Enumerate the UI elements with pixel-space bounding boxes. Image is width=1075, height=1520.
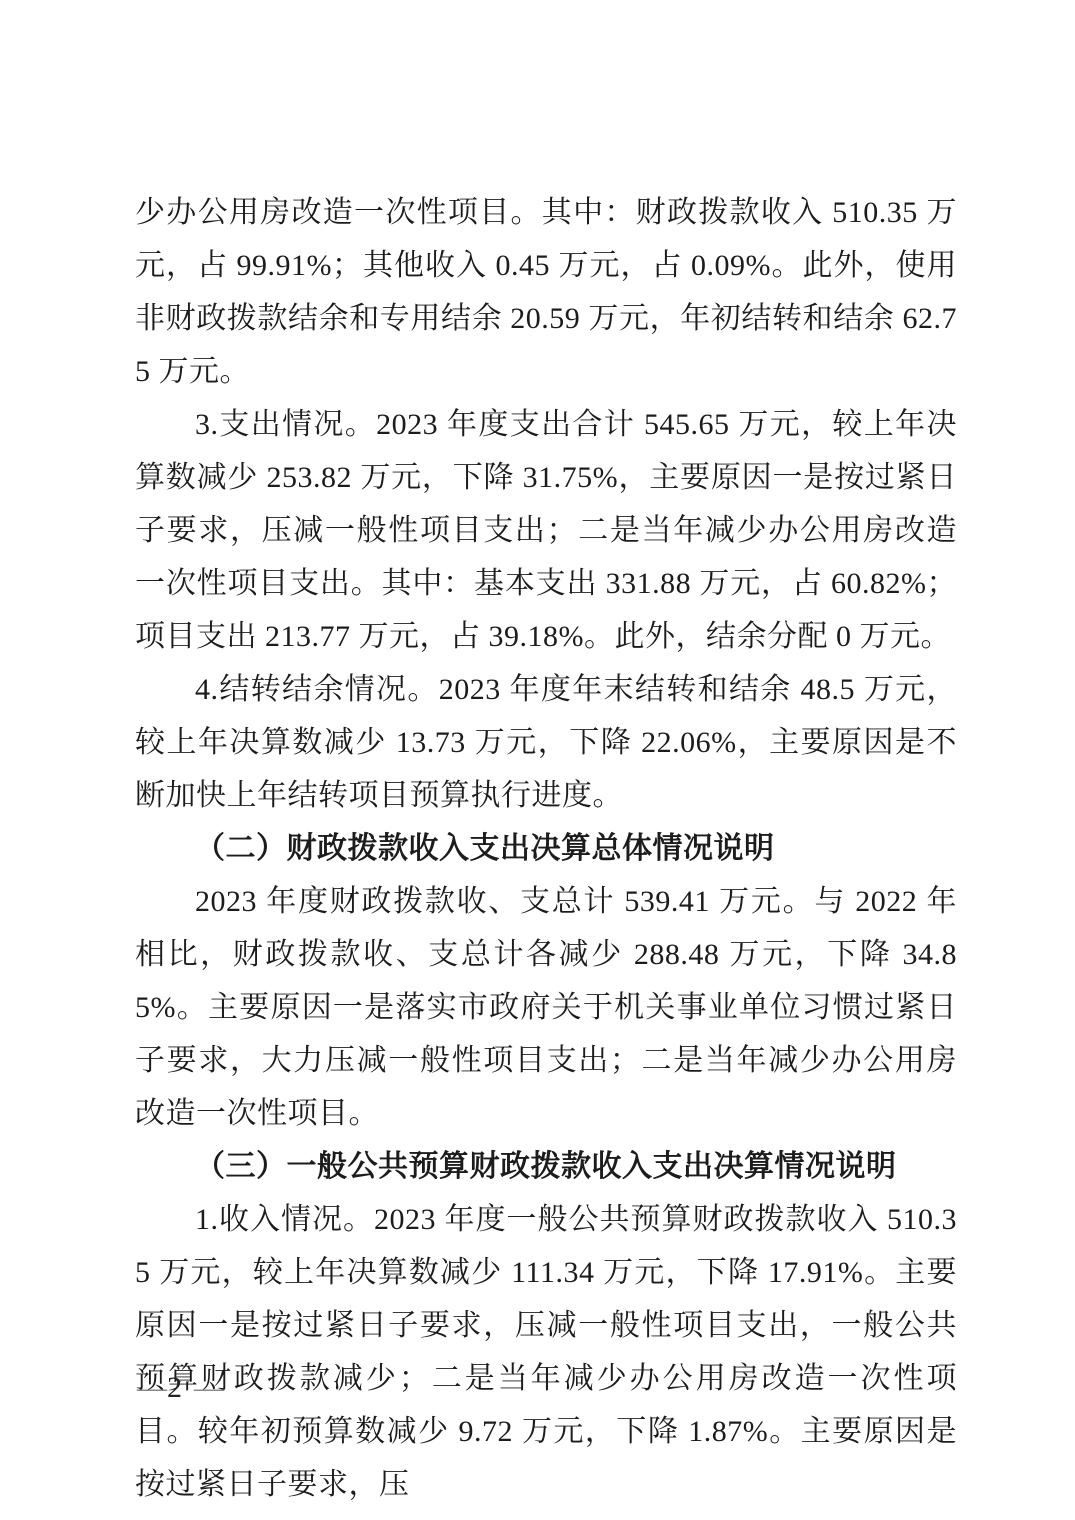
paragraph-fiscal-appropriation-total: 2023 年度财政拨款收、支总计 539.41 万元。与 2022 年相比，财政… bbox=[135, 875, 957, 1140]
paragraph-carryover-balance: 4.结转结余情况。2023 年度年末结转和结余 48.5 万元，较上年决算数减少… bbox=[135, 663, 957, 822]
paragraph-expenditure: 3.支出情况。2023 年度支出合计 545.65 万元，较上年决算数减少 25… bbox=[135, 398, 957, 663]
footer-page-number: 2 bbox=[167, 1371, 182, 1404]
document-body: 少办公用房改造一次性项目。其中：财政拨款收入 510.35 万元，占 99.91… bbox=[135, 186, 957, 1511]
heading-section-2-fiscal-appropriation-overview: （二）财政拨款收入支出决算总体情况说明 bbox=[135, 822, 957, 875]
heading-section-3-general-public-budget: （三）一般公共预算财政拨款收入支出决算情况说明 bbox=[135, 1140, 957, 1193]
footer-dash-right: — bbox=[194, 1371, 224, 1404]
footer-dash-left: — bbox=[137, 1371, 167, 1404]
paragraph-general-budget-income: 1.收入情况。2023 年度一般公共预算财政拨款收入 510.35 万元，较上年… bbox=[135, 1193, 957, 1511]
page-number-footer: —2— bbox=[137, 1368, 224, 1408]
document-page: 少办公用房改造一次性项目。其中：财政拨款收入 510.35 万元，占 99.91… bbox=[0, 0, 1075, 1520]
paragraph-income-continuation: 少办公用房改造一次性项目。其中：财政拨款收入 510.35 万元，占 99.91… bbox=[135, 186, 957, 398]
